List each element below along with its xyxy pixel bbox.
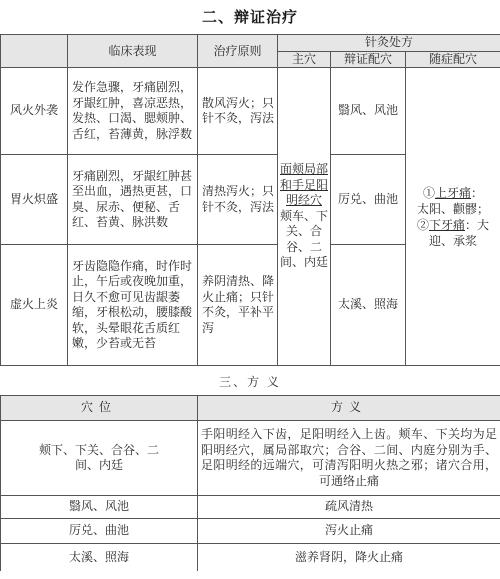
principle-cell: 清热泻火；只针不灸，泻法 <box>198 155 278 245</box>
meaning-cell: 手阳明经入下齿，足阳明经入上齿。颊车、下关均为足阳明经穴，属局部取穴；合谷、二间… <box>198 421 500 496</box>
section-title-differentiation: 二、辩证治疗 <box>0 6 500 27</box>
upper-toothache-points: 太阳、颧髎； <box>417 202 489 216</box>
points-cell: 太溪、照海 <box>1 544 198 571</box>
section-title-rationale: 三、方 义 <box>0 373 500 390</box>
meaning-cell: 疏风清热 <box>198 496 500 519</box>
principle-cell: 养阴清热、降火止痛；只针不灸，平补平泻 <box>198 245 278 366</box>
rationale-table: 穴位 方义 颊下、下关、合谷、二间、内廷 手阳明经入下齿，足阳明经入上齿。颊车、… <box>0 395 500 571</box>
principle-cell: 散风泻火；只针不灸，泻法 <box>198 68 278 155</box>
syndrome-cell: 风火外袭 <box>1 68 68 155</box>
syndrome-cell: 胃火炽盛 <box>1 155 68 245</box>
clinical-cell: 牙痛剧烈，牙龈红肿甚至出血，遇热更甚，口臭、尿赤、便秘、舌红、苔黄、脉洪数 <box>68 155 198 245</box>
syndrome-cell: 虚火上炎 <box>1 245 68 366</box>
points-cell: 颊下、下关、合谷、二间、内廷 <box>1 421 198 496</box>
header-points: 穴位 <box>1 396 198 421</box>
table-row: 颊下、下关、合谷、二间、内廷 手阳明经入下齿，足阳明经入上齿。颊车、下关均为足阳… <box>1 421 500 496</box>
separator: ： <box>465 218 477 232</box>
table-row: 太溪、照海 滋养肾阴，降火止痛 <box>1 544 500 571</box>
table-row: 翳风、风池 疏风清热 <box>1 496 500 519</box>
syndrome-points-cell: 太溪、照海 <box>331 245 406 366</box>
header-prescription: 针灸处方 <box>278 35 500 52</box>
header-meaning: 方义 <box>198 396 500 421</box>
marker-2: ② <box>417 218 429 232</box>
syndrome-points-cell: 翳风、风池 <box>331 68 406 155</box>
header-principle: 治疗原则 <box>198 35 278 68</box>
main-points-list: 颊车、下关、合谷、二间、内廷 <box>280 209 328 270</box>
header-syndrome-points: 辩证配穴 <box>331 51 406 68</box>
main-points-category: 面颊局部和手足阳明经穴 <box>280 162 328 207</box>
table-row: 风火外袭 发作急骤，牙痛剧烈，牙龈红肿，喜凉恶热，发热、口渴、腮颊肿、舌红，苔薄… <box>1 68 500 155</box>
header-syndrome <box>1 35 68 68</box>
differentiation-treatment-table: 临床表现 治疗原则 针灸处方 主穴 辩证配穴 随症配穴 风火外袭 发作急骤，牙痛… <box>0 34 500 366</box>
clinical-cell: 发作急骤，牙痛剧烈，牙龈红肿，喜凉恶热，发热、口渴、腮颊肿、舌红，苔薄黄，脉浮数 <box>68 68 198 155</box>
meaning-cell: 滋养肾阴，降火止痛 <box>198 544 500 571</box>
separator: ： <box>471 186 483 200</box>
meaning-cell: 泻火止痛 <box>198 519 500 544</box>
upper-toothache-label: 上牙痛 <box>435 186 471 200</box>
header-clinical: 临床表现 <box>68 35 198 68</box>
symptom-points-cell: ①上牙痛： 太阳、颧髎； ②下牙痛：大迎、承浆 <box>406 68 500 366</box>
points-cell: 翳风、风池 <box>1 496 198 519</box>
clinical-cell: 牙齿隐隐作痛，时作时止，午后或夜晚加重，日久不愈可见齿龈萎缩，牙根松动，腰膝酸软… <box>68 245 198 366</box>
points-cell: 厉兑、曲池 <box>1 519 198 544</box>
header-main-points: 主穴 <box>278 51 331 68</box>
main-points-cell: 面颊局部和手足阳明经穴 颊车、下关、合谷、二间、内廷 <box>278 68 331 366</box>
header-symptom-points: 随症配穴 <box>406 51 500 68</box>
table-row: 厉兑、曲池 泻火止痛 <box>1 519 500 544</box>
marker-1: ① <box>423 186 435 200</box>
lower-toothache-label: 下牙痛 <box>429 218 465 232</box>
syndrome-points-cell: 厉兑、曲池 <box>331 155 406 245</box>
